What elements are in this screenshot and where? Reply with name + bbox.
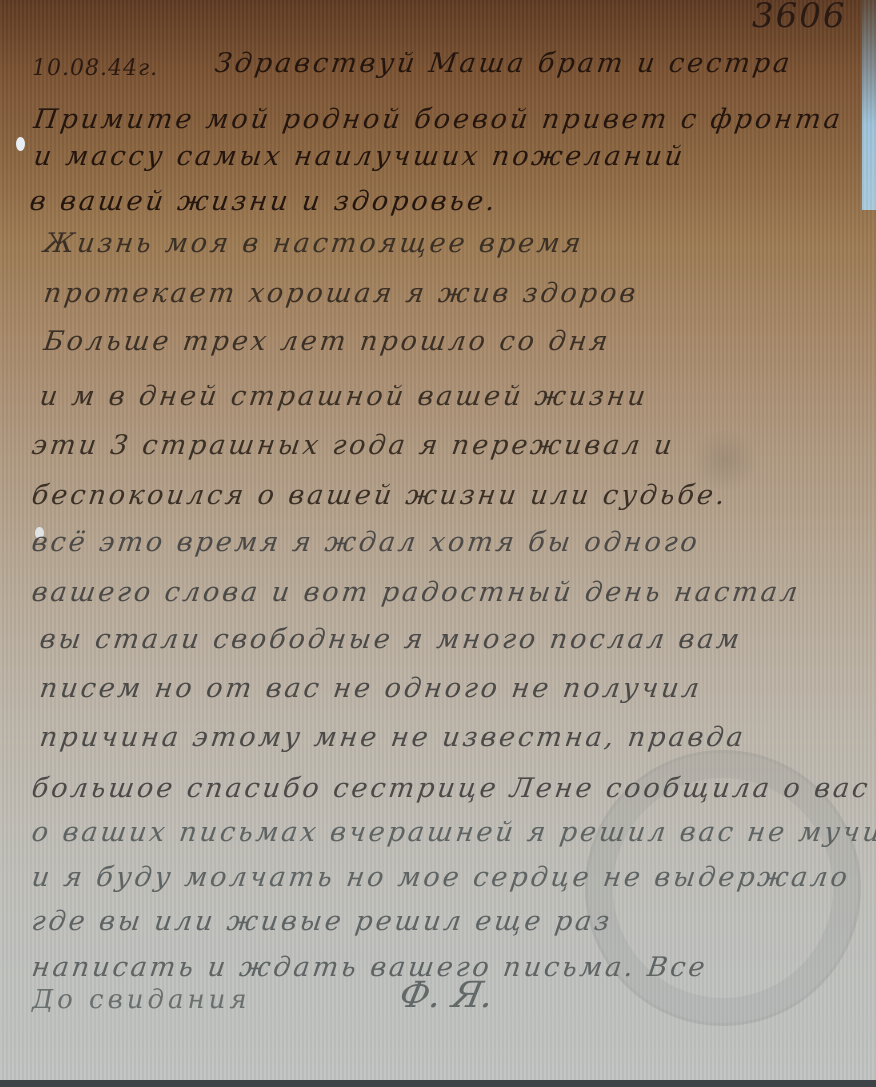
letter-line: Жизнь моя в настоящее время [42,228,586,259]
letter-date: 10.08.44г. [32,56,158,81]
letter-line: беспокоился о вашей жизни или судьбе. [30,480,730,511]
letter-line: вашего слова и вот радостный день настал [30,577,803,608]
letter-line: о ваших письмах вчерашней я решил вас не… [30,817,876,848]
letter-line: писем но от вас не одного не получил [38,673,704,704]
letter-line: где вы или живые решил еще раз [30,906,615,937]
letter-line: протекает хорошая я жив здоров [42,278,641,309]
letter-line: в вашей жизни и здоровье. [28,186,500,217]
photo-bottom-edge [0,1080,876,1087]
background-edge [862,0,876,210]
letter-line: эти 3 страшных года я переживал и [30,430,677,461]
letter-line: большое спасибо сестрице Лене сообщила о… [30,773,873,804]
archive-number: 3606 [752,0,847,36]
letter-greeting: Здравствуй Маша брат и сестра [213,48,795,79]
letter-line: Примите мой родной боевой привет с фронт… [32,104,845,135]
letter-line: и я буду молчать но мое сердце не выдерж… [30,862,852,893]
letter-line: написать и ждать вашего письма. Все [30,952,710,983]
letter-photo: 3606 10.08.44г. Здравствуй Маша брат и с… [0,0,876,1080]
letter-closing: До свидания [32,985,251,1015]
letter-line: причина этому мне не известна, правда [38,722,748,753]
letter-line: вы стали свободные я много послал вам [38,624,744,655]
letter-line: и м в дней страшной вашей жизни [38,381,650,412]
letter-line: Больше трех лет прошло со дня [42,326,613,357]
letter-line: и массу самых наилучших пожеланий [32,141,688,172]
paper-hole [16,137,25,151]
letter-line: всё это время я ждал хотя бы одного [30,527,702,558]
signature: Ф. Я. [396,975,498,1016]
